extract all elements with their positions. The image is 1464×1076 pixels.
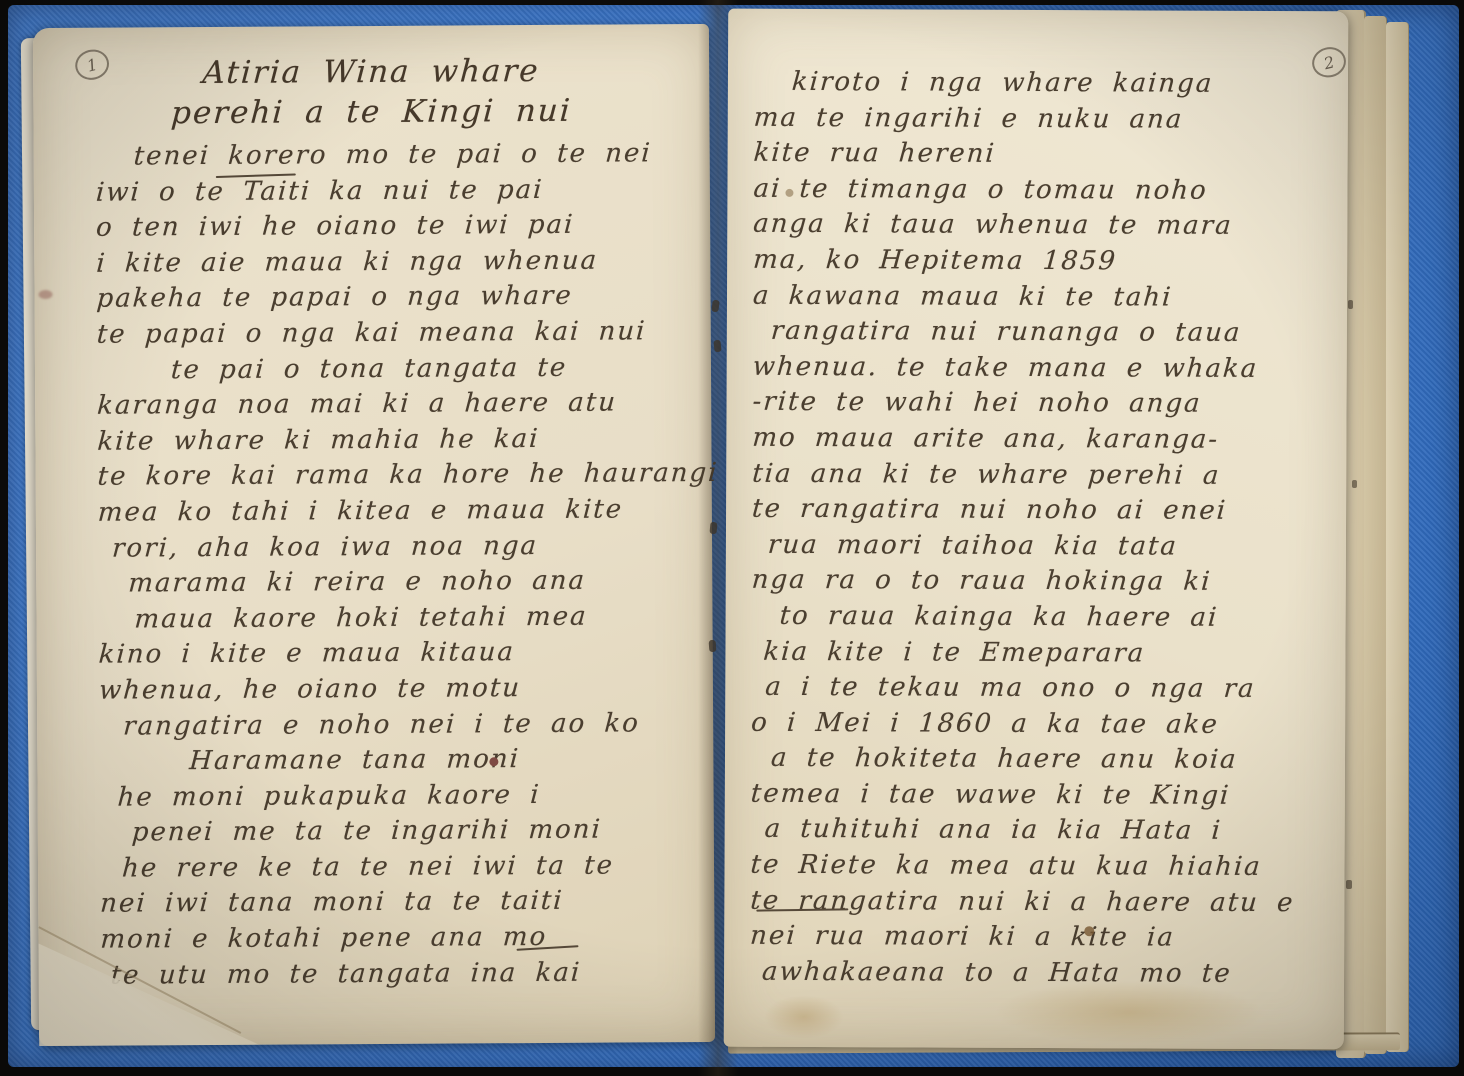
manuscript-line: marama ki reira e noho ana xyxy=(127,563,705,602)
manuscript-line: rangatira nui runanga o taua xyxy=(770,314,1349,352)
left-page: 1 Atiria Wina whareperehi a te Kingi nui… xyxy=(33,24,715,1046)
manuscript-line: kite whare ki mahia he kai xyxy=(96,421,704,460)
manuscript-line: te rangatira nui noho ai enei xyxy=(751,492,1348,530)
manuscript-line: i kite aie maua ki nga whenua xyxy=(95,243,703,282)
manuscript-line: rangatira e noho nei i te ao ko xyxy=(122,705,706,744)
manuscript-line: kia kite i te Emeparara xyxy=(762,634,1347,672)
manuscript-line: te utu mo te tangata ina kai xyxy=(110,955,708,994)
manuscript-line: rua maori taihoa kia tata xyxy=(767,528,1348,566)
title-line: perehi a te Kingi nui xyxy=(62,90,681,134)
water-stain xyxy=(764,995,844,1039)
manuscript-line: a te hokiteta haere anu koia xyxy=(770,741,1347,779)
manuscript-line: maua kaore hoki tetahi mea xyxy=(133,599,705,638)
manuscript-line: a i te tekau ma ono o nga ra xyxy=(764,670,1347,708)
manuscript-line: whenua. te take mana e whaka xyxy=(751,350,1348,388)
binding-stitch xyxy=(713,340,721,353)
manuscript-line: awhakaeana to a Hata mo te xyxy=(761,955,1346,993)
manuscript-line: nga ra o to raua hokinga ki xyxy=(750,563,1347,601)
manuscript-line: a tuhituhi ana ia kia Hata i xyxy=(763,812,1346,850)
manuscript-line: to raua kainga ka haere ai xyxy=(778,599,1347,637)
manuscript-line: moni e kotahi pene ana mo xyxy=(99,919,707,958)
manuscript-line: ai te timanga o tomau noho xyxy=(752,172,1349,210)
manuscript-line: temea i tae wawe ki te Kingi xyxy=(750,777,1347,815)
left-page-text: tenei korero mo te pai o te neiiwi o te … xyxy=(34,136,715,994)
manuscript-line: nei rua maori ki a kite ia xyxy=(749,919,1346,957)
page-edge-stack-middle xyxy=(1364,16,1387,1054)
edge-ink-mark xyxy=(1348,300,1353,309)
manuscript-line: Haramane tana moni xyxy=(188,741,706,780)
manuscript-line: ma te ingarihi e nuku ana xyxy=(752,100,1349,138)
manuscript-line: ma, ko Hepitema 1859 xyxy=(752,243,1349,281)
manuscript-line: anga ki taua whenua te mara xyxy=(752,207,1349,245)
manuscript-line: -rite te wahi hei noho anga xyxy=(751,385,1348,423)
right-page: 2 kiroto i nga whare kaingama te ingarih… xyxy=(724,9,1349,1050)
edge-ink-mark xyxy=(1346,880,1352,889)
manuscript-line: te Riete ka mea atu kua hiahia xyxy=(749,848,1346,886)
manuscript-line: pakeha te papai o nga whare xyxy=(95,278,703,317)
manuscript-line: kiroto i nga whare kainga xyxy=(791,65,1350,103)
edge-ink-mark xyxy=(1352,480,1357,488)
manuscript-line: iwi o te Taiti ka nui te pai xyxy=(95,172,703,211)
manuscript-line: o i Mei i 1860 a ka tae ake xyxy=(750,705,1347,743)
manuscript-line: kino i kite e maua kitaua xyxy=(98,634,706,673)
manuscript-line: karanga noa mai ki a haere atu xyxy=(96,385,704,424)
manuscript-line: te rangatira nui ki a haere atu e xyxy=(749,883,1346,921)
manuscript-line: whenua, he oiano te motu xyxy=(98,670,706,709)
right-page-text: kiroto i nga whare kaingama te ingarihi … xyxy=(724,65,1348,993)
manuscript-line: te pai o tona tangata te xyxy=(170,350,704,389)
manuscript-line: tia ana ki te whare perehi a xyxy=(751,456,1348,494)
manuscript-line: tenei korero mo te pai o te nei xyxy=(133,136,703,175)
manuscript-photo: 1 Atiria Wina whareperehi a te Kingi nui… xyxy=(0,0,1464,1076)
manuscript-line: penei me ta te ingarihi moni xyxy=(131,812,707,851)
page-title: Atiria Wina whareperehi a te Kingi nui xyxy=(63,50,679,134)
manuscript-line: he moni pukapuka kaore i xyxy=(116,777,706,816)
manuscript-line: mea ko tahi i kitea e maua kite xyxy=(97,492,705,531)
title-line: Atiria Wina whare xyxy=(62,50,681,94)
manuscript-line: he rere ke ta te nei iwi ta te xyxy=(121,848,707,887)
manuscript-line: nei iwi tana moni ta te taiti xyxy=(99,883,707,922)
manuscript-line: te kore kai rama ka hore he haurangi xyxy=(97,456,705,495)
binding-stitch xyxy=(709,522,717,535)
manuscript-line: te papai o nga kai meana kai nui xyxy=(96,314,704,353)
binding-stitch xyxy=(709,640,717,652)
manuscript-line: a kawana maua ki te tahi xyxy=(752,278,1349,316)
manuscript-line: rori, aha koa iwa noa nga xyxy=(111,528,705,567)
manuscript-line: o ten iwi he oiano te iwi pai xyxy=(95,207,703,246)
manuscript-line: mo maua arite ana, karanga- xyxy=(751,421,1348,459)
page-edge-stack-inner xyxy=(1386,22,1409,1052)
manuscript-line: kite rua hereni xyxy=(752,136,1349,174)
